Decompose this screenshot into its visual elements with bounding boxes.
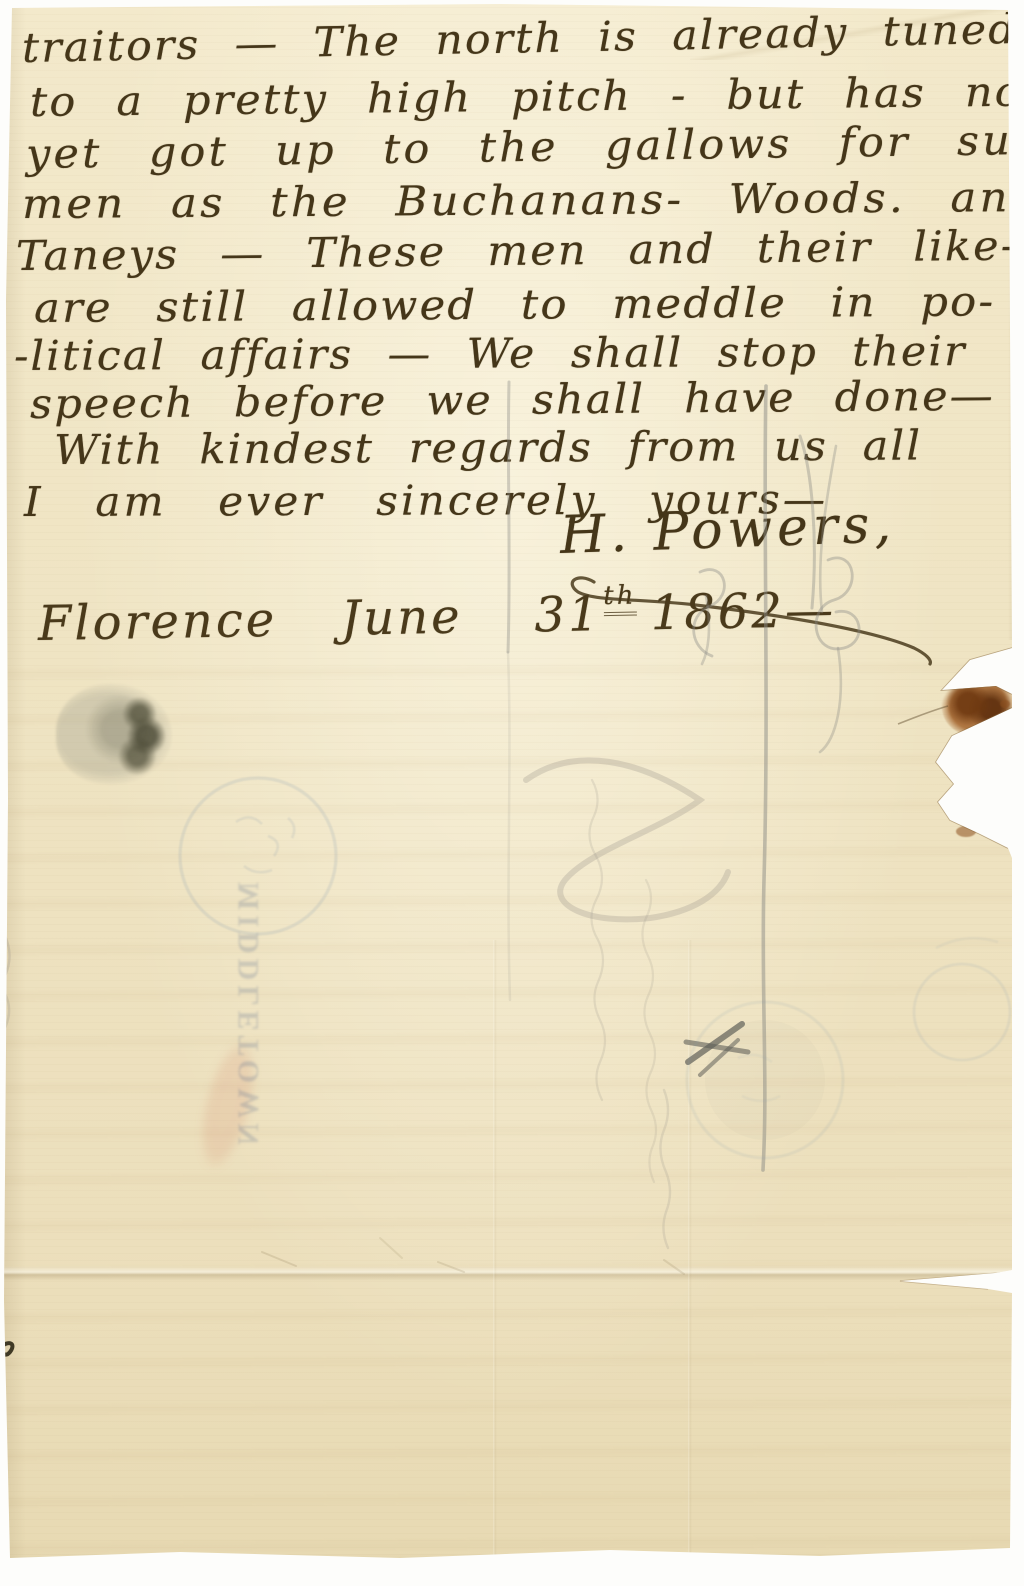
crease-wrinkles: [262, 1238, 684, 1274]
postmark-mottle: [705, 1020, 825, 1140]
marks-overlay: [0, 0, 1024, 1586]
paper-sheet: traitors — The north is already tuned to…: [0, 0, 1024, 1586]
pencil-scrawl: [0, 760, 728, 1248]
postmark-circles: [180, 778, 1010, 1158]
bottom-edge-shading: [0, 1552, 1024, 1586]
ink-hook-mark: [2, 1343, 12, 1354]
signature-flourish: [572, 578, 930, 664]
scanned-letter-page: traitors — The north is already tuned to…: [0, 0, 1024, 1586]
tear-edge: [898, 648, 1012, 1289]
